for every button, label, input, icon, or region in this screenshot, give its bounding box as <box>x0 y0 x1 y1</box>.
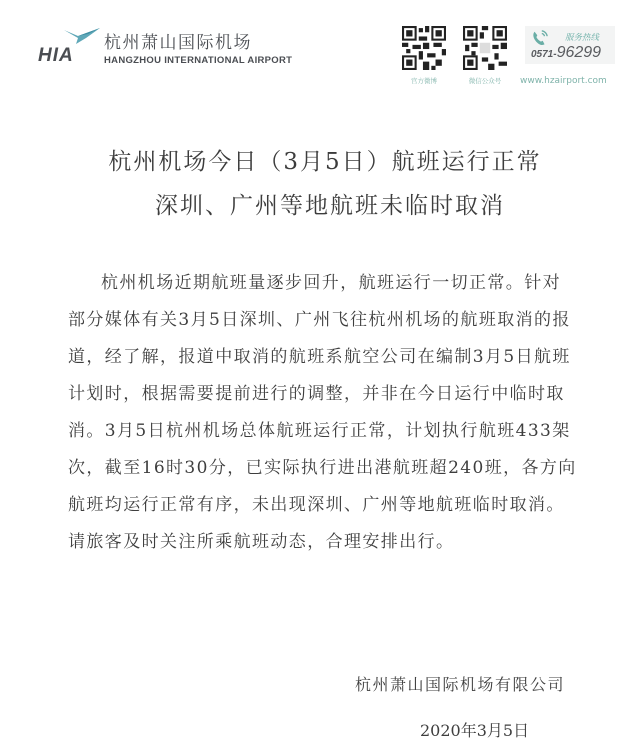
bird-wing-icon <box>64 28 100 44</box>
letterhead: HIA 杭州萧山国际机场 HANGZHOU INTERNATIONAL AIRP… <box>0 0 640 100</box>
brand-name-chinese: 杭州萧山国际机场 <box>104 33 292 53</box>
hotline-number: 0571-96299 <box>531 44 601 64</box>
brand-name: 杭州萧山国际机场 HANGZHOU INTERNATIONAL AIRPORT <box>104 33 292 67</box>
hotline-area-code: 0571- <box>531 49 557 60</box>
body-line: 请旅客及时关注所乘航班动态，合理安排出行。 <box>68 524 588 561</box>
brand-name-english: HANGZHOU INTERNATIONAL AIRPORT <box>104 55 292 67</box>
service-hotline: 服务热线 0571-96299 <box>525 26 615 64</box>
body-line: 消。3月5日杭州机场总体航班运行正常，计划执行航班433架 <box>68 413 588 450</box>
title-line-1: 杭州机场今日（3月5日）航班运行正常 <box>0 140 640 184</box>
statement-body: 杭州机场近期航班量逐步回升，航班运行一切正常。针对 部分媒体有关3月5日深圳、广… <box>68 265 588 561</box>
body-line: 杭州机场近期航班量逐步回升，航班运行一切正常。针对 <box>68 265 588 302</box>
qr-weibo: 官方微博 <box>400 26 448 85</box>
body-line: 航班均运行正常有序，未出现深圳、广州等地航班临时取消。 <box>68 487 588 524</box>
body-line: 道，经了解，报道中取消的航班系航空公司在编制3月5日航班 <box>68 339 588 376</box>
body-line: 次，截至16时30分，已实际执行进出港航班超240班，各方向 <box>68 450 588 487</box>
qr-code-icon <box>463 26 507 70</box>
document-title: 杭州机场今日（3月5日）航班运行正常 深圳、广州等地航班未临时取消 <box>0 140 640 228</box>
website-url: www.hzairport.com <box>520 76 607 86</box>
qr-wechat-caption: 微信公众号 <box>461 76 509 85</box>
signatory-company: 杭州萧山国际机场有限公司 <box>355 672 565 695</box>
hotline-label: 服务热线 <box>565 31 599 43</box>
hotline-main-number: 96299 <box>557 44 602 61</box>
qr-code-icon <box>402 26 446 70</box>
qr-weibo-caption: 官方微博 <box>400 76 448 85</box>
signature-date: 2020年3月5日 <box>420 718 529 741</box>
body-line: 部分媒体有关3月5日深圳、广州飞往杭州机场的航班取消的报 <box>68 302 588 339</box>
title-line-2: 深圳、广州等地航班未临时取消 <box>0 184 640 228</box>
airport-logo: HIA <box>38 28 100 66</box>
qr-wechat: 微信公众号 <box>461 26 509 85</box>
logo-letters: HIA <box>38 46 74 66</box>
body-line: 计划时，根据需要提前进行的调整，并非在今日运行中临时取 <box>68 376 588 413</box>
